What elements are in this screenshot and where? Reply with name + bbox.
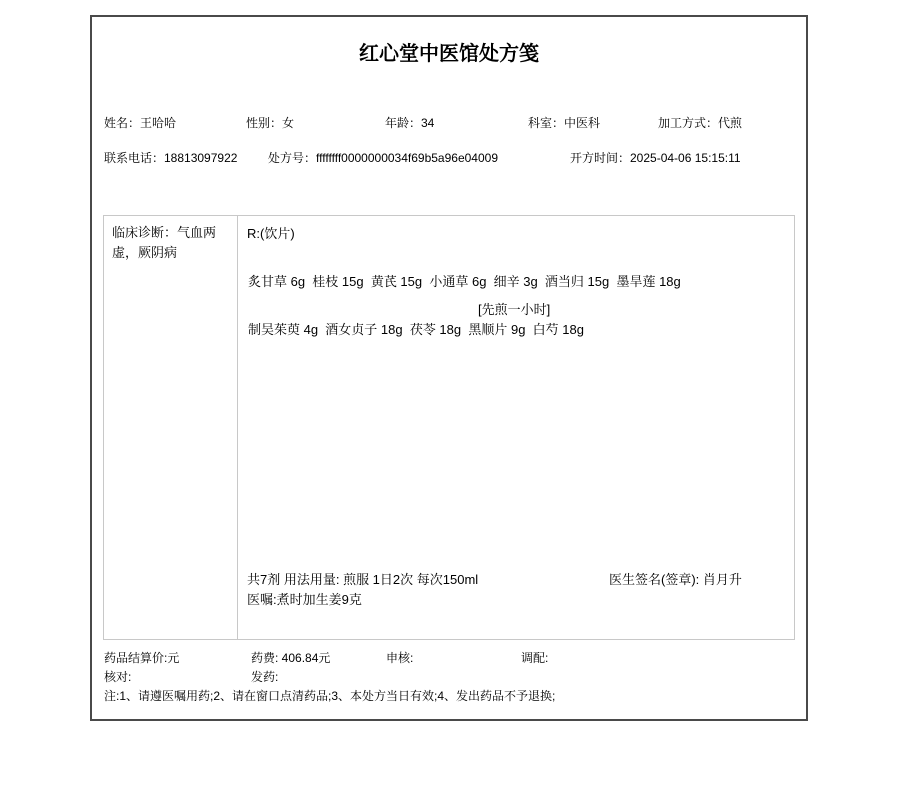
notes-line: 注:1、请遵医嘱用药;2、请在窗口点清药品;3、本处方当日有效;4、发出药品不予… (104, 689, 555, 704)
decoction-note: [先煎一小时] (478, 302, 550, 317)
herb-line-2: 制吴茱萸 4g 酒女贞子 18g 茯苓 18g 黑顺片 9g 白芍 18g (248, 322, 584, 337)
patient-phone: 联系电话：18813097922 (104, 151, 237, 166)
rx-header: R:(饮片) (247, 226, 295, 241)
herb-line-1: 炙甘草 6g 桂枝 15g 黄芪 15g 小通草 6g 细辛 3g 酒当归 15… (248, 274, 681, 289)
clinical-diagnosis: 临床诊断：气血两虚，厥阴病 (104, 216, 238, 639)
patient-department: 科室：中医科 (528, 116, 600, 131)
patient-name: 姓名：王哈哈 (104, 116, 176, 131)
issue-field: 发药: (251, 670, 278, 685)
prescription-box: 临床诊断：气血两虚，厥阴病 R:(饮片) 炙甘草 6g 桂枝 15g 黄芪 15… (103, 215, 795, 640)
prescription-content: R:(饮片) 炙甘草 6g 桂枝 15g 黄芪 15g 小通草 6g 细辛 3g… (238, 216, 794, 639)
patient-age: 年龄：34 (385, 116, 434, 131)
dispense-field: 调配: (521, 651, 548, 666)
processing-method: 加工方式：代煎 (658, 116, 742, 131)
doctor-advice: 医嘱:煮时加生姜9克 (247, 592, 362, 607)
prescription-number: 处方号：ffffffff0000000034f69b5a96e04009 (268, 151, 498, 166)
prescription-time: 开方时间：2025-04-06 15:15:11 (570, 151, 741, 166)
settle-price-field: 药品结算价:元 (104, 651, 179, 666)
page-title: 红心堂中医馆处方笺 (92, 37, 806, 66)
fee-field: 药费: 406.84元 (251, 651, 330, 666)
check-field: 核对: (104, 670, 131, 685)
review-field: 申核: (386, 651, 413, 666)
patient-gender: 性别：女 (246, 116, 294, 131)
doctor-signature: 医生签名(签章): 肖月升 (609, 572, 742, 587)
prescription-sheet: 红心堂中医馆处方笺 姓名：王哈哈 性别：女 年龄：34 科室：中医科 加工方式：… (90, 15, 808, 721)
dosage-summary: 共7剂 用法用量: 煎服 1日2次 每次150ml (247, 572, 478, 587)
